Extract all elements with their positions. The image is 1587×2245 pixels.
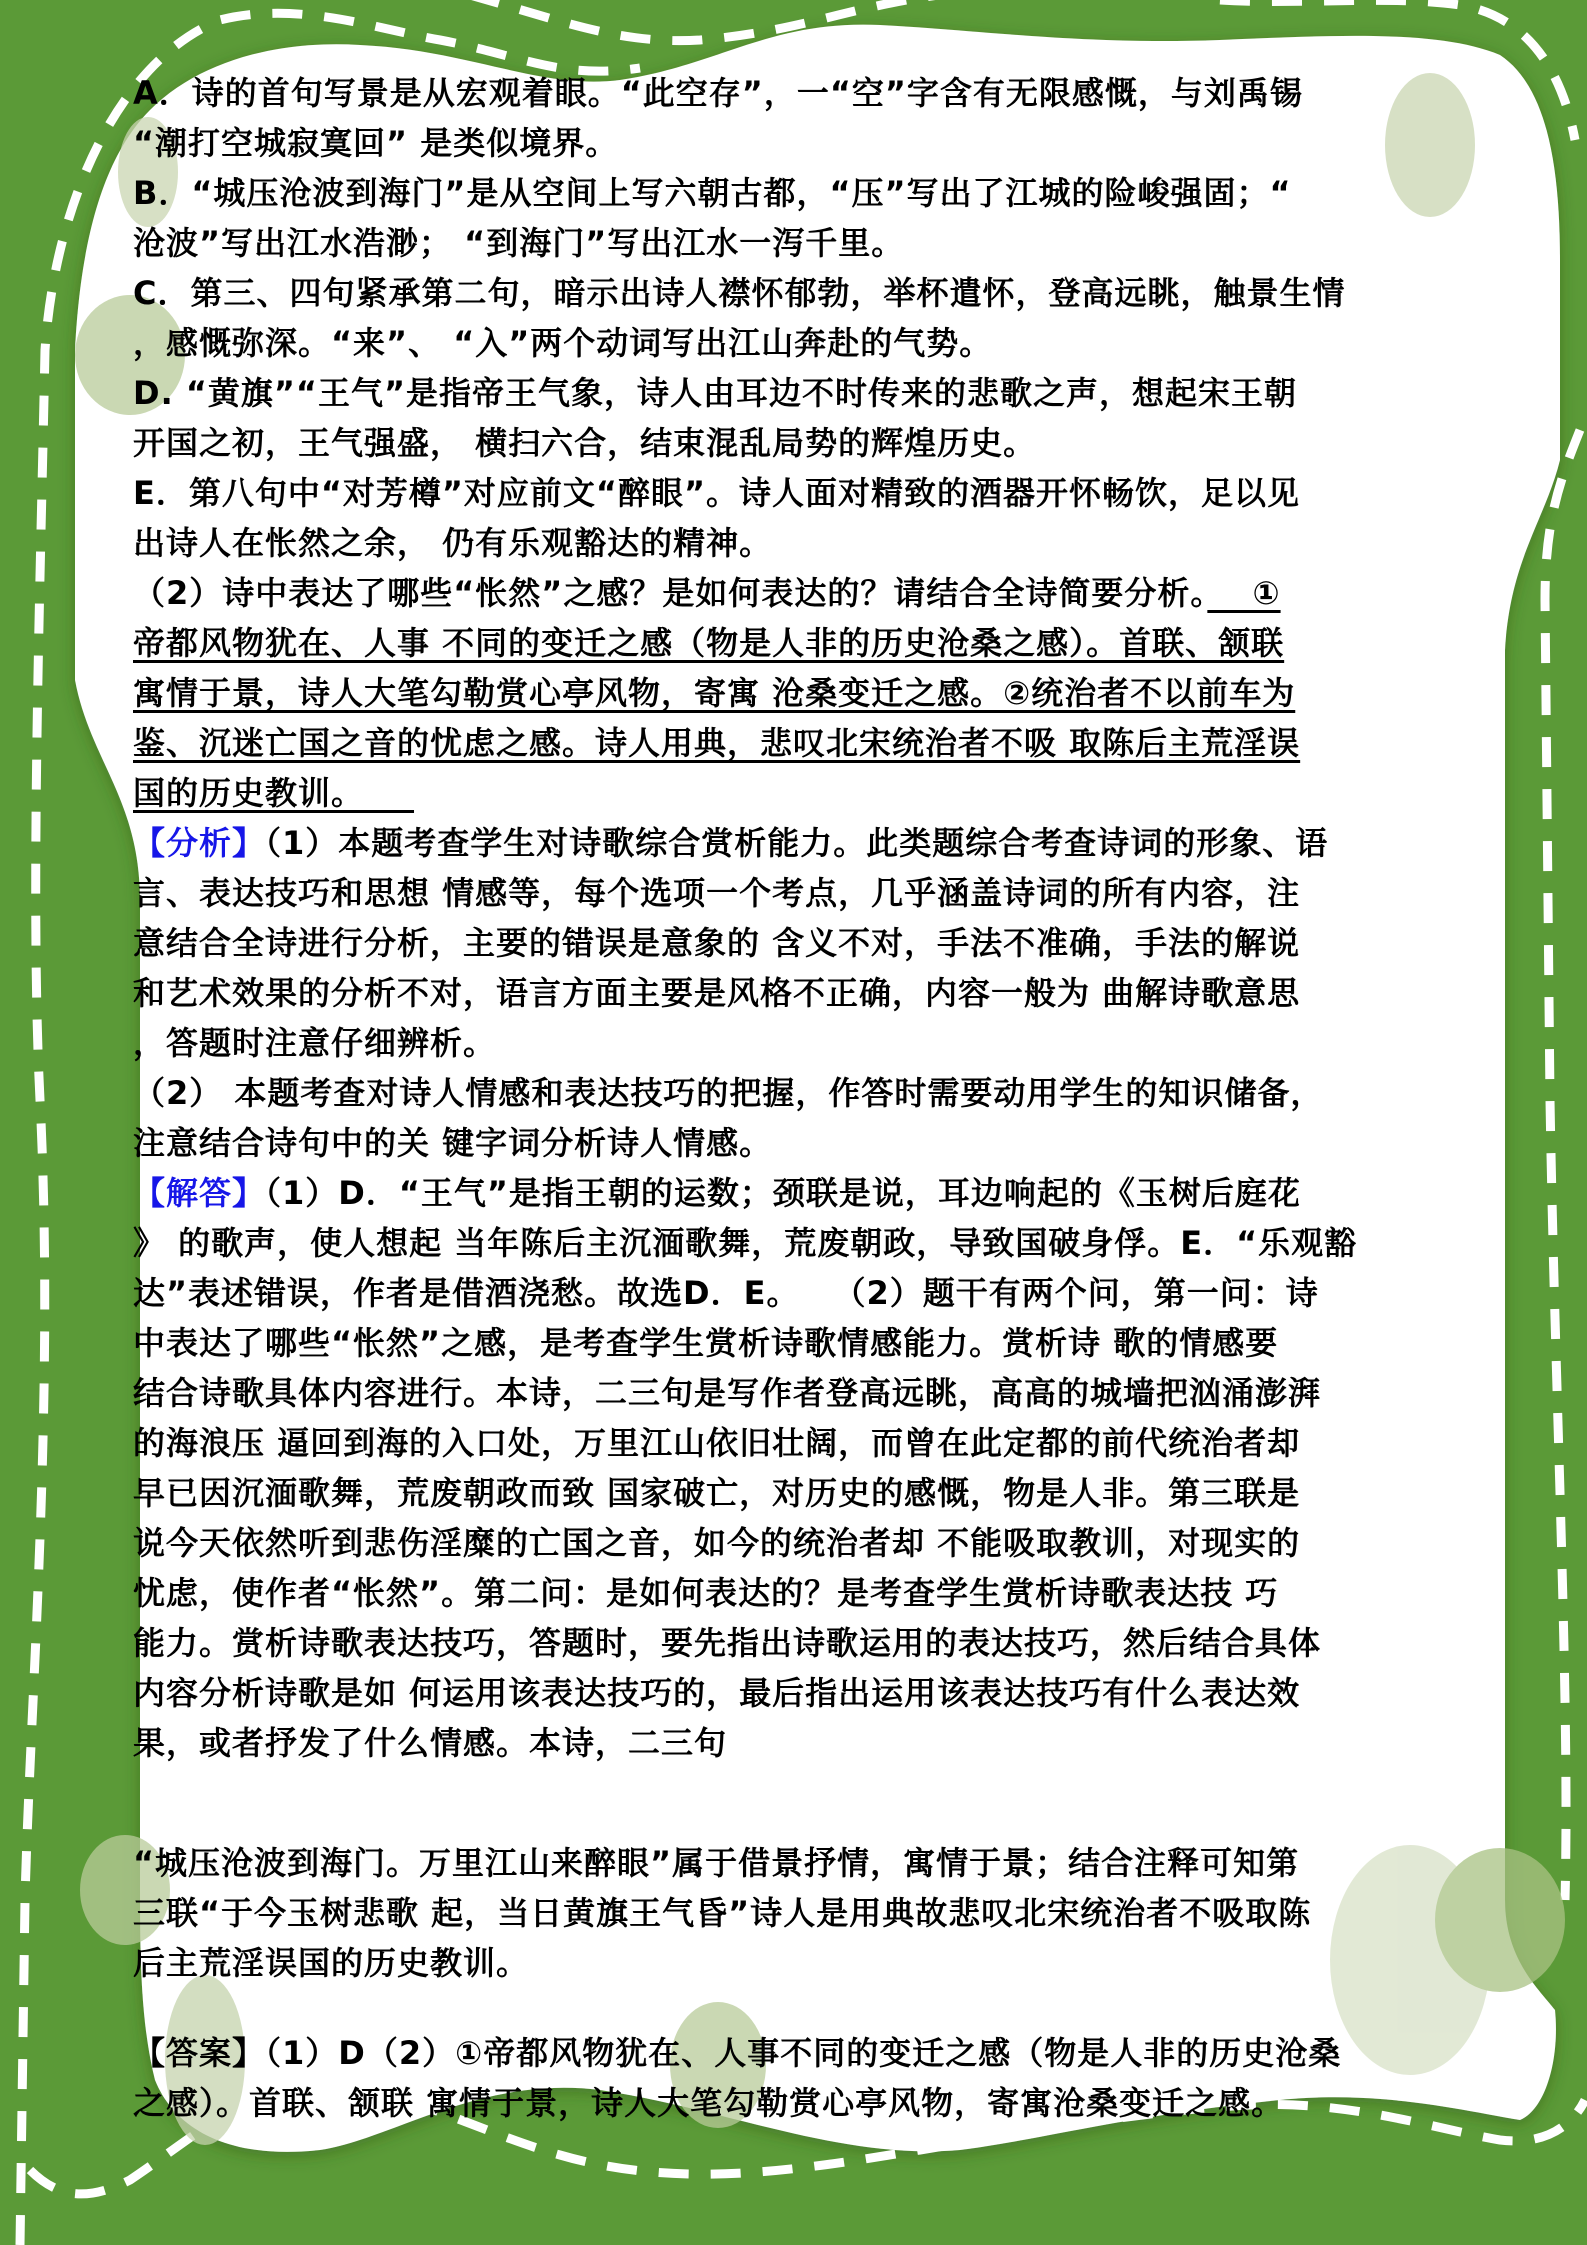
answer-line: 之感）。首联、颔联 寓情于景，诗人大笔勾勒赏心亭风物，寄寓沧桑变迁之感。: [133, 2078, 1558, 2128]
solution-line: 结合诗歌具体内容进行。本诗，二三句是写作者登高远眺，高高的城墙把汹涌澎湃: [133, 1368, 1558, 1418]
solution-line: 达”表述错误，作者是借酒浇愁。故选D．E。 （2）题干有两个问，第一问：诗: [133, 1268, 1558, 1318]
analysis-line: 【分析】（1）本题考查学生对诗歌综合赏析能力。此类题综合考查诗词的形象、语: [133, 818, 1558, 868]
analysis-line-text: （1）本题考查学生对诗歌综合赏析能力。此类题综合考查诗词的形象、语: [265, 824, 1328, 862]
analysis-line: 注意结合诗句中的关 键字词分析诗人情感。: [133, 1118, 1558, 1168]
solution-line: 早已因沉湎歌舞，荒废朝政而致 国家破亡，对历史的感慨，物是人非。第三联是: [133, 1468, 1558, 1518]
solution-label: 【解答】: [133, 1174, 265, 1212]
question-2-answer-line: 寓情于景，诗人大笔勾勒赏心亭风物，寄寓 沧桑变迁之感。②统治者不以前车为: [133, 668, 1558, 718]
option-b-line-1: B．“城压沧波到海门”是从空间上写六朝古都，“压”写出了江城的险峻强固；“: [133, 168, 1558, 218]
option-d-line-2: 开国之初，王气强盛， 横扫六合，结束混乱局势的辉煌历史。: [133, 418, 1558, 468]
answer-line-text: （1）D（2）①帝都风物犹在、人事不同的变迁之感（物是人非的历史沧桑: [265, 2034, 1341, 2072]
solution-line: 【解答】（1）D．“王气”是指王朝的运数；颈联是说，耳边响起的《玉树后庭花: [133, 1168, 1558, 1218]
option-c: C．第三、四句紧承第二句，暗示出诗人襟怀郁勃，举杯遣怀，登高远眺，触景生情 ，感…: [133, 268, 1558, 368]
solution-continuation-line: 后主荒淫误国的历史教训。: [133, 1938, 1558, 1988]
analysis-line: 言、表达技巧和思想 情感等，每个选项一个考点，几乎涵盖诗词的所有内容，注: [133, 868, 1558, 918]
question-2: （2）诗中表达了哪些“怅然”之感？是如何表达的？请结合全诗简要分析。 ① 帝都风…: [133, 568, 1558, 818]
analysis-section: 【分析】（1）本题考查学生对诗歌综合赏析能力。此类题综合考查诗词的形象、语 言、…: [133, 818, 1558, 1168]
option-a-line-1: A．诗的首句写景是从宏观着眼。“此空存”，一“空”字含有无限感慨，与刘禹锡: [133, 68, 1558, 118]
solution-line: 中表达了哪些“怅然”之感，是考查学生赏析诗歌情感能力。赏析诗 歌的情感要: [133, 1318, 1558, 1368]
analysis-label: 【分析】: [133, 824, 265, 862]
question-2-answer-line: 鉴、沉迷亡国之音的忧虑之感。诗人用典，悲叹北宋统治者不吸 取陈后主荒淫误: [133, 718, 1558, 768]
question-2-prompt-text: （2）诗中表达了哪些“怅然”之感？是如何表达的？请结合全诗简要分析。: [133, 574, 1207, 612]
option-e-line-2: 出诗人在怅然之余， 仍有乐观豁达的精神。: [133, 518, 1558, 568]
question-2-answer-lead: ①: [1207, 574, 1280, 612]
analysis-line: 和艺术效果的分析不对，语言方面主要是风格不正确，内容一般为 曲解诗歌意思: [133, 968, 1558, 1018]
option-c-line-1: C．第三、四句紧承第二句，暗示出诗人襟怀郁勃，举杯遣怀，登高远眺，触景生情: [133, 268, 1558, 318]
solution-continuation-line: “城压沧波到海门。万里江山来醉眼”属于借景抒情，寓情于景；结合注释可知第: [133, 1838, 1558, 1888]
solution-section: 【解答】（1）D．“王气”是指王朝的运数；颈联是说，耳边响起的《玉树后庭花 》 …: [133, 1168, 1558, 1988]
solution-line: 说今天依然听到悲伤淫糜的亡国之音，如今的统治者却 不能吸取教训，对现实的: [133, 1518, 1558, 1568]
question-2-answer-line-text: 国的历史教训。: [133, 774, 414, 812]
option-d: D. “黄旗”“王气”是指帝王气象，诗人由耳边不时传来的悲歌之声，想起宋王朝 开…: [133, 368, 1558, 468]
analysis-line: 意结合全诗进行分析，主要的错误是意象的 含义不对，手法不准确，手法的解说: [133, 918, 1558, 968]
answer-label: 【答案】: [133, 2034, 265, 2072]
option-d-line-1: D. “黄旗”“王气”是指帝王气象，诗人由耳边不时传来的悲歌之声，想起宋王朝: [133, 368, 1558, 418]
option-e-line-1: E．第八句中“对芳樽”对应前文“醉眼”。诗人面对精致的酒器开怀畅饮，足以见: [133, 468, 1558, 518]
option-b-line-2: 沧波”写出江水浩渺； “到海门”写出江水一泻千里。: [133, 218, 1558, 268]
answer-section: 【答案】（1）D（2）①帝都风物犹在、人事不同的变迁之感（物是人非的历史沧桑 之…: [133, 2028, 1558, 2128]
question-2-answer-line: 国的历史教训。: [133, 768, 1558, 818]
option-b: B．“城压沧波到海门”是从空间上写六朝古都，“压”写出了江城的险峻强固；“ 沧波…: [133, 168, 1558, 268]
analysis-line: （2） 本题考查对诗人情感和表达技巧的把握，作答时需要动用学生的知识储备，: [133, 1068, 1558, 1118]
question-2-answer-line: 帝都风物犹在、人事 不同的变迁之感（物是人非的历史沧桑之感）。首联、颔联: [133, 618, 1558, 668]
option-c-line-2: ，感慨弥深。“来”、 “入”两个动词写出江山奔赴的气势。: [133, 318, 1558, 368]
solution-line: 内容分析诗歌是如 何运用该表达技巧的，最后指出运用该表达技巧有什么表达效: [133, 1668, 1558, 1718]
document-content: A．诗的首句写景是从宏观着眼。“此空存”，一“空”字含有无限感慨，与刘禹锡 “潮…: [133, 68, 1558, 2128]
option-a: A．诗的首句写景是从宏观着眼。“此空存”，一“空”字含有无限感慨，与刘禹锡 “潮…: [133, 68, 1558, 168]
solution-line: 能力。赏析诗歌表达技巧，答题时，要先指出诗歌运用的表达技巧，然后结合具体: [133, 1618, 1558, 1668]
option-e: E．第八句中“对芳樽”对应前文“醉眼”。诗人面对精致的酒器开怀畅饮，足以见 出诗…: [133, 468, 1558, 568]
answer-line: 【答案】（1）D（2）①帝都风物犹在、人事不同的变迁之感（物是人非的历史沧桑: [133, 2028, 1558, 2078]
option-a-line-2: “潮打空城寂寞回” 是类似境界。: [133, 118, 1558, 168]
solution-line: 的海浪压 逼回到海的入口处，万里江山依旧壮阔，而曾在此定都的前代统治者却: [133, 1418, 1558, 1468]
solution-continuation-line: 三联“于今玉树悲歌 起，当日黄旗王气昏”诗人是用典故悲叹北宋统治者不吸取陈: [133, 1888, 1558, 1938]
solution-line: 》 的歌声，使人想起 当年陈后主沉湎歌舞，荒废朝政，导致国破身俘。E．“乐观豁: [133, 1218, 1558, 1268]
spacer: [133, 1988, 1558, 2028]
solution-line: 果，或者抒发了什么情感。本诗，二三句: [133, 1718, 1558, 1768]
spacer: [133, 1768, 1558, 1838]
solution-line: 忧虑，使作者“怅然”。第二问：是如何表达的？是考查学生赏析诗歌表达技 巧: [133, 1568, 1558, 1618]
analysis-line: ，答题时注意仔细辨析。: [133, 1018, 1558, 1068]
question-2-prompt: （2）诗中表达了哪些“怅然”之感？是如何表达的？请结合全诗简要分析。 ①: [133, 568, 1558, 618]
solution-line-text: （1）D．“王气”是指王朝的运数；颈联是说，耳边响起的《玉树后庭花: [265, 1174, 1301, 1212]
